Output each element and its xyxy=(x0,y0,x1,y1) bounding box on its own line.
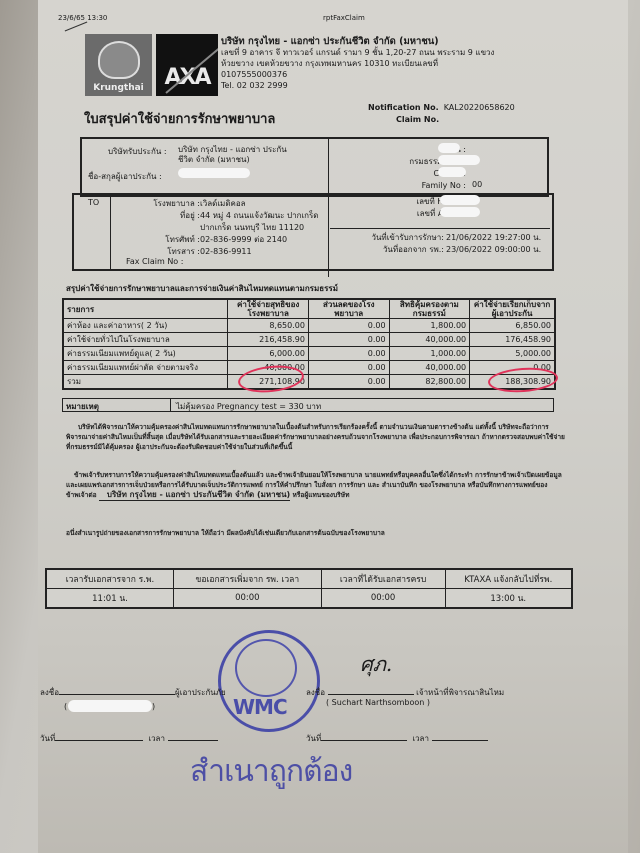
doc-received-time: 11:01 น. xyxy=(46,589,173,609)
redacted-hn xyxy=(440,195,480,205)
remarks-label: หมายเหตุ xyxy=(66,400,99,413)
admit-date: 21/06/2022 19:27:00 น. xyxy=(446,232,541,244)
company-registration: 0107555000376 xyxy=(221,69,621,80)
officer-role: เจ้าหน้าที่พิจารณาสินไหม xyxy=(416,688,504,697)
timing-row: 11:01 น. 00:00 00:00 13:00 น. xyxy=(46,589,572,609)
hospital-stamp: WMC xyxy=(218,630,320,732)
coverage-paragraph: บริษัทได้พิจารณาให้ความคุ้มครองค่าสินไหม… xyxy=(66,422,566,452)
hospital-fax: 02-836-9911 xyxy=(200,246,319,258)
redacted-an xyxy=(440,207,480,217)
redacted-insured-name xyxy=(178,168,250,178)
additional-doc-time: 00:00 xyxy=(173,589,321,609)
axa-logo: AXA xyxy=(156,34,218,96)
company-name: บริษัท กรุงไทย - แอกซ่า ประกันชีวิต จำกั… xyxy=(221,36,621,47)
table-row: ค่าธรรมเนียมแพทย์ผ่าตัด จ่ายตามจริง40,00… xyxy=(63,361,555,375)
krungthai-logo: Krungthai xyxy=(85,34,152,96)
company-tel: Tel. 02 032 2999 xyxy=(221,80,621,91)
family-no-value: 00 xyxy=(472,180,482,189)
timing-table: เวลารับเอกสารจาก ร.พ. ขอเอกสารเพิ่มจาก ร… xyxy=(45,568,573,609)
expense-table: รายการ ค่าใช้จ่ายสุทธิของโรงพยาบาล ส่วนล… xyxy=(62,298,556,390)
insured-name-label: ชื่อ-สกุลผู้เอาประกัน : xyxy=(88,170,162,183)
hospital-address-1: 44 หมู่ 4 ถนนแจ้งวัฒนะ ปากเกร็ด xyxy=(200,210,319,222)
to-label: TO xyxy=(88,198,99,207)
company-address-2: ห้วยขวาง เขตห้วยขวาง กรุงเทพมหานคร 10310… xyxy=(221,58,621,69)
consent-paragraph: ข้าพเจ้ารับทราบการให้ความคุ้มครองค่าสินไ… xyxy=(66,470,566,501)
certified-copy-stamp: สำเนาถูกต้อง xyxy=(190,748,352,795)
insured-role: ผู้เอาประกันภัย xyxy=(175,688,226,697)
fax-claim-label: Fax Claim No : xyxy=(126,257,183,266)
redacted-insured-signature-name xyxy=(68,700,152,712)
copy-paragraph: อนึ่งสำเนารูปถ่ายของเอกสารการรักษาพยาบาล… xyxy=(66,528,566,538)
hospital-name: เวิลด์เมดิคอล xyxy=(200,198,319,210)
globe-icon xyxy=(235,639,297,697)
doc-complete-time: 00:00 xyxy=(321,589,445,609)
remarks-value: ไม่คุ้มครอง Pregnancy test = 330 บาท xyxy=(176,400,321,413)
garuda-bird-icon xyxy=(98,41,140,79)
insurer-value: บริษัท กรุงไทย - แอกซ่า ประกัน xyxy=(178,145,287,155)
table-row: ค่าห้อง และค่าอาหาร( 2 วัน)8,650.000.001… xyxy=(63,319,555,333)
table-row: ค่าใช้จ่ายทั่วไปในโรงพยาบาล216,458.900.0… xyxy=(63,333,555,347)
claim-label: Claim No. xyxy=(396,115,439,124)
table-total-row: รวม271,108.900.0082,800.00188,308.90 xyxy=(63,375,555,390)
report-name: rptFaxClaim xyxy=(323,14,365,22)
notification-value: KAL20220658620 xyxy=(444,103,515,112)
table-row: ค่าธรรมเนียมแพทย์ดูแล( 2 วัน)6,000.000.0… xyxy=(63,347,555,361)
notification-label: Notification No. xyxy=(368,103,439,112)
redacted-cer-no xyxy=(438,167,466,177)
page-title: ใบสรุปค่าใช้จ่ายการรักษาพยาบาล xyxy=(84,108,275,129)
reply-time: 13:00 น. xyxy=(445,589,572,609)
fax-timestamp: 23/6/65 13:30 xyxy=(58,14,107,22)
hospital-address-2: ปากเกร็ด นนทบุรี ไทย 11120 xyxy=(200,222,319,234)
redacted-plan xyxy=(438,143,460,153)
officer-name: ( Suchart Narthsomboon ) xyxy=(326,698,430,707)
discharge-date: 23/06/2022 09:00:00 น. xyxy=(446,244,541,256)
summary-heading: สรุปค่าใช้จ่ายการรักษาพยาบาลและการจ่ายเง… xyxy=(66,282,338,295)
redacted-policy-no xyxy=(438,155,480,165)
hospital-phone: 02-836-9999 ต่อ 2140 xyxy=(200,234,319,246)
handwritten-signature: ศุภ. xyxy=(360,648,392,680)
company-address-1: เลขที่ 9 อาคาร จี ทาวเวอร์ แกรนด์ รามา 9… xyxy=(221,47,621,58)
